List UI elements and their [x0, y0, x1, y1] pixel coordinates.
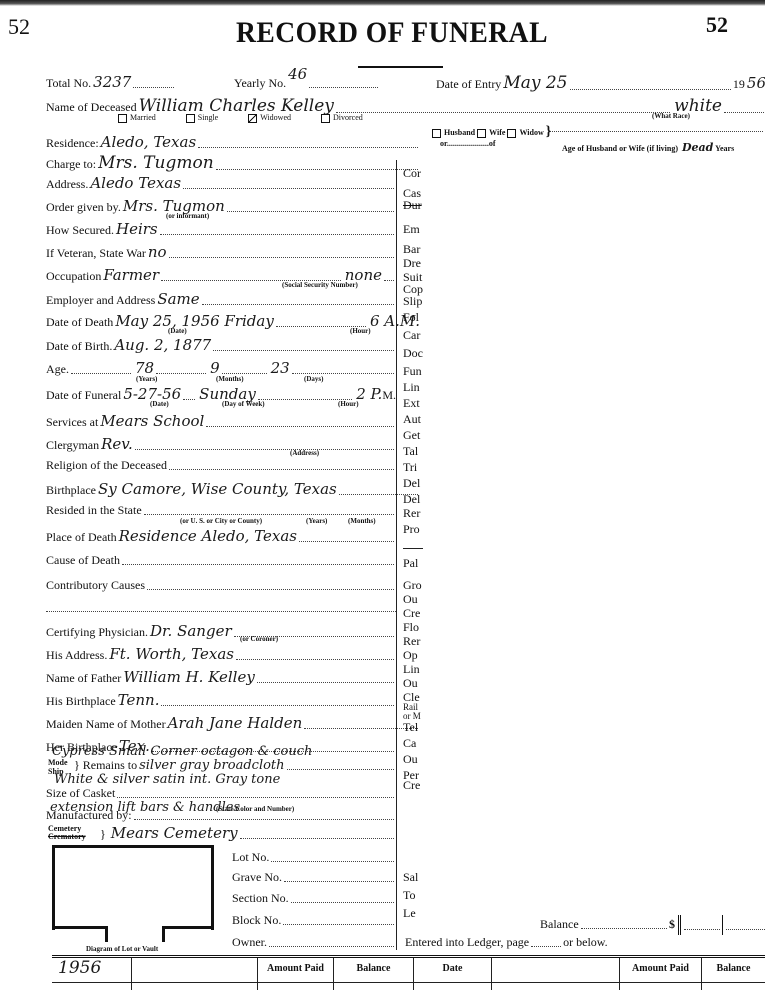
death-hour-caption: (Hour)	[350, 327, 371, 335]
expense-item: To	[403, 888, 427, 903]
days-caption: (Days)	[304, 375, 323, 383]
expense-item: Del	[403, 476, 427, 491]
how-secured-field: How Secured. Heirs	[46, 220, 396, 238]
diagram-base-right	[162, 926, 214, 929]
expense-item: Le	[403, 906, 427, 921]
widowed-checkbox[interactable]: Widowed	[248, 113, 291, 122]
employer-field: Employer and Address Same	[46, 290, 396, 308]
clergyman-field: Clergyman Rev.	[46, 435, 396, 453]
years-caption: (Years)	[136, 375, 157, 383]
interior-note: White & silver satin int. Gray tone	[54, 772, 280, 787]
his-address-field: His Address. Ft. Worth, Texas	[46, 645, 396, 663]
expense-item: Cor	[403, 166, 427, 181]
employer-value: Same	[157, 290, 199, 308]
services-at-value: Mears School	[100, 412, 204, 430]
months-caption: (Months)	[216, 375, 244, 383]
marital-status-group: Married Single Widowed Divorced	[118, 113, 391, 123]
expense-item: Gro	[403, 578, 427, 593]
expense-item: Ou	[403, 592, 427, 607]
clergyman-value: Rev.	[101, 435, 133, 453]
lot-diagram-box	[52, 845, 214, 930]
ledger-header-rule	[52, 982, 765, 983]
contributory-causes-line-2	[46, 611, 396, 612]
expense-item: Tel	[403, 720, 427, 735]
expense-item: Slip	[403, 294, 427, 309]
widow-checkbox[interactable]: Widow	[507, 128, 543, 137]
expense-item: Car	[403, 328, 427, 343]
balance-dollars-line	[684, 929, 720, 930]
expense-item: Pro	[403, 522, 427, 537]
occupation-value: Farmer	[103, 266, 159, 284]
total-no-field: Total No. 3237	[46, 73, 176, 91]
expense-item: Op	[403, 648, 427, 663]
ledger-year-cell: 1956	[52, 958, 132, 990]
informant-caption: (or informant)	[166, 212, 209, 220]
veteran-value: no	[148, 243, 167, 261]
expense-item: Aut	[403, 412, 427, 427]
ship-remains-value: silver gray broadcloth	[139, 758, 284, 773]
clergy-address-caption: (Address)	[290, 449, 319, 457]
ledger-col-balance-right: Balance	[702, 958, 765, 990]
age-days-value: 23	[271, 359, 290, 377]
date-of-birth-value: Aug. 2, 1877	[114, 336, 211, 354]
religion-field: Religion of the Deceased	[46, 458, 396, 473]
single-checkbox[interactable]: Single	[186, 113, 218, 122]
balance-cents-rule	[722, 915, 723, 935]
expense-item: Lin	[403, 662, 427, 677]
expense-item: Cre	[403, 778, 427, 793]
expense-item: Rer	[403, 506, 427, 521]
birthplace-value: Sy Camore, Wise County, Texas	[98, 480, 337, 498]
ledger-year-value: 1956	[58, 958, 101, 978]
ledger-col-amount-paid-right: Amount Paid	[620, 958, 702, 990]
ledger-col-balance: Balance	[334, 958, 414, 990]
funeral-date-caption: (Date)	[150, 400, 169, 408]
ledger-col-date-right: Date	[414, 958, 492, 990]
expense-item: Rer	[403, 634, 427, 649]
father-name-value: William H. Kelley	[123, 668, 255, 686]
order-given-by-field: Order given by. Mrs. Tugmon	[46, 197, 396, 215]
funeral-hour-caption: (Hour)	[338, 400, 359, 408]
cemetery-field: } Mears Cemetery	[100, 824, 396, 842]
husband-checkbox[interactable]: Husband	[432, 128, 475, 137]
charge-to-field: Charge to: Mrs. Tugmon	[46, 153, 420, 173]
date-of-birth-field: Date of Birth. Aug. 2, 1877	[46, 336, 396, 354]
balance-field: Balance $	[540, 917, 675, 932]
address-value: Aledo Texas	[90, 174, 181, 192]
date-of-entry-field: Date of Entry May 25 19 56	[436, 73, 765, 93]
expense-item: Ext	[403, 396, 427, 411]
spouse-or-of: or.....................of	[440, 139, 496, 148]
expense-item: Dre	[403, 256, 427, 271]
mother-maiden-name-value: Arah Jane Halden	[168, 714, 303, 732]
owner-field: Owner.	[232, 935, 396, 950]
balance-cents-line	[726, 929, 765, 930]
expense-item: Ou	[403, 676, 427, 691]
lot-no-field: Lot No.	[232, 850, 396, 865]
crematory-label: Crematory	[48, 832, 86, 841]
veteran-field: If Veteran, State War no	[46, 243, 396, 261]
name-of-father-field: Name of Father William H. Kelley	[46, 668, 396, 686]
yearly-no-field: Yearly No. 46	[234, 73, 380, 91]
expense-item: Lin	[403, 380, 427, 395]
spouse-age-field: Age of Husband or Wife (if living) Dead …	[562, 141, 734, 154]
spouse-options-group: Husband Wife Widow }	[432, 124, 551, 140]
certifying-physician-value: Dr. Sanger	[150, 622, 232, 640]
expense-item: Fun	[403, 364, 427, 379]
cemetery-value: Mears Cemetery	[111, 824, 238, 842]
title-rule	[358, 66, 443, 68]
expense-divider	[403, 548, 423, 549]
manufactured-by-field: Manufactured by:	[46, 808, 396, 823]
expense-item: Fol	[403, 310, 427, 325]
expense-item: Tri	[403, 460, 427, 475]
diagram-post-right	[162, 926, 165, 942]
funeral-hour-value: 2 P.	[356, 385, 382, 403]
his-birthplace-value: Tenn.	[118, 691, 160, 709]
page-number-left: 52	[8, 14, 30, 40]
death-date-caption: (Date)	[168, 327, 187, 335]
date-of-entry-value: May 25	[503, 73, 567, 93]
place-of-death-field: Place of Death Residence Aledo, Texas	[46, 527, 396, 545]
resided-in-state-field: Resided in the State	[46, 503, 396, 518]
expense-item: Del	[403, 492, 427, 507]
expense-item: Sal	[403, 870, 427, 885]
maiden-name-mother-field: Maiden Name of Mother Arah Jane Halden	[46, 714, 420, 732]
expense-column: Cor Cas Dur Em Bar Dre Suit Cop Slip Fol…	[396, 160, 426, 950]
ledger-col-desc	[132, 958, 258, 990]
casket-note: Cypress Small Corner octagon & couch	[52, 744, 312, 759]
address-field: Address. Aledo Texas	[46, 174, 396, 192]
ship-remains-field: } Remains to silver gray broadcloth	[74, 758, 396, 773]
total-no-value: 3237	[93, 73, 131, 91]
expense-item: Get	[403, 428, 427, 443]
expense-item: Flo	[403, 620, 427, 635]
resided-months-caption: (Months)	[348, 517, 376, 525]
grave-no-field: Grave No.	[232, 870, 396, 885]
services-at-field: Services at Mears School	[46, 412, 396, 430]
yearly-no-value: 46	[288, 65, 307, 83]
section-no-field: Section No.	[232, 891, 396, 906]
page-edge	[0, 0, 765, 6]
expense-item: Doc	[403, 346, 427, 361]
expense-item: Dur	[403, 198, 427, 213]
ledger-entry-field: Entered into Ledger, page or below.	[405, 935, 655, 950]
divorced-checkbox[interactable]: Divorced	[321, 113, 363, 122]
cause-of-death-field: Cause of Death	[46, 553, 396, 568]
his-birthplace-field: His Birthplace Tenn.	[46, 691, 396, 709]
entry-year-value: 56	[747, 74, 765, 92]
page-title: RECORD OF FUNERAL	[236, 16, 548, 50]
ledger-table: 1956 Amount Paid Balance Date Amount Pai…	[52, 958, 765, 990]
mode-label: Mode	[48, 758, 68, 767]
birthplace-field: Birthplace Sy Camore, Wise County, Texas	[46, 480, 420, 498]
expense-item: Pal	[403, 556, 427, 571]
residence-value: Aledo, Texas	[101, 133, 197, 151]
funeral-day-caption: (Day of Week)	[222, 400, 265, 408]
expense-item: Ca	[403, 736, 427, 751]
ledger-col-amount-paid: Amount Paid	[258, 958, 334, 990]
residence-field: Residence: Aledo, Texas	[46, 133, 420, 151]
ssn-caption: (Social Security Number)	[282, 281, 358, 289]
diagram-post-left	[105, 926, 108, 942]
married-checkbox[interactable]: Married	[118, 113, 156, 122]
charge-to-value: Mrs. Tugmon	[98, 153, 214, 173]
his-address-value: Ft. Worth, Texas	[109, 645, 234, 663]
spouse-age-value: Dead	[682, 141, 713, 154]
expense-item: Ou	[403, 752, 427, 767]
coroner-caption: (or Coroner)	[240, 635, 278, 643]
expense-item: Tal	[403, 444, 427, 459]
how-secured-value: Heirs	[116, 220, 158, 238]
expense-item: Em	[403, 222, 427, 237]
certifying-physician-field: Certifying Physician. Dr. Sanger	[46, 622, 396, 640]
spouse-name-line	[548, 131, 763, 132]
size-of-casket-field: Size of Casket	[46, 786, 396, 801]
race-caption: (What Race)	[652, 112, 690, 120]
balance-double-rule	[678, 915, 681, 935]
contributory-causes-field: Contributory Causes	[46, 578, 396, 593]
wife-checkbox[interactable]: Wife	[477, 128, 505, 137]
page-number-right: 52	[706, 12, 728, 38]
expense-item: Cre	[403, 606, 427, 621]
ledger-col-desc-right	[492, 958, 620, 990]
diagram-base-left	[52, 926, 108, 929]
resided-years-caption: (Years)	[306, 517, 327, 525]
date-of-death-value: May 25, 1956 Friday	[115, 312, 274, 330]
expense-item: Bar	[403, 242, 427, 257]
block-no-field: Block No.	[232, 913, 396, 928]
diagram-caption: Diagram of Lot or Vault	[86, 945, 158, 953]
place-of-death-value: Residence Aledo, Texas	[119, 527, 297, 545]
resided-place-caption: (or U. S. or City or County)	[180, 517, 262, 525]
